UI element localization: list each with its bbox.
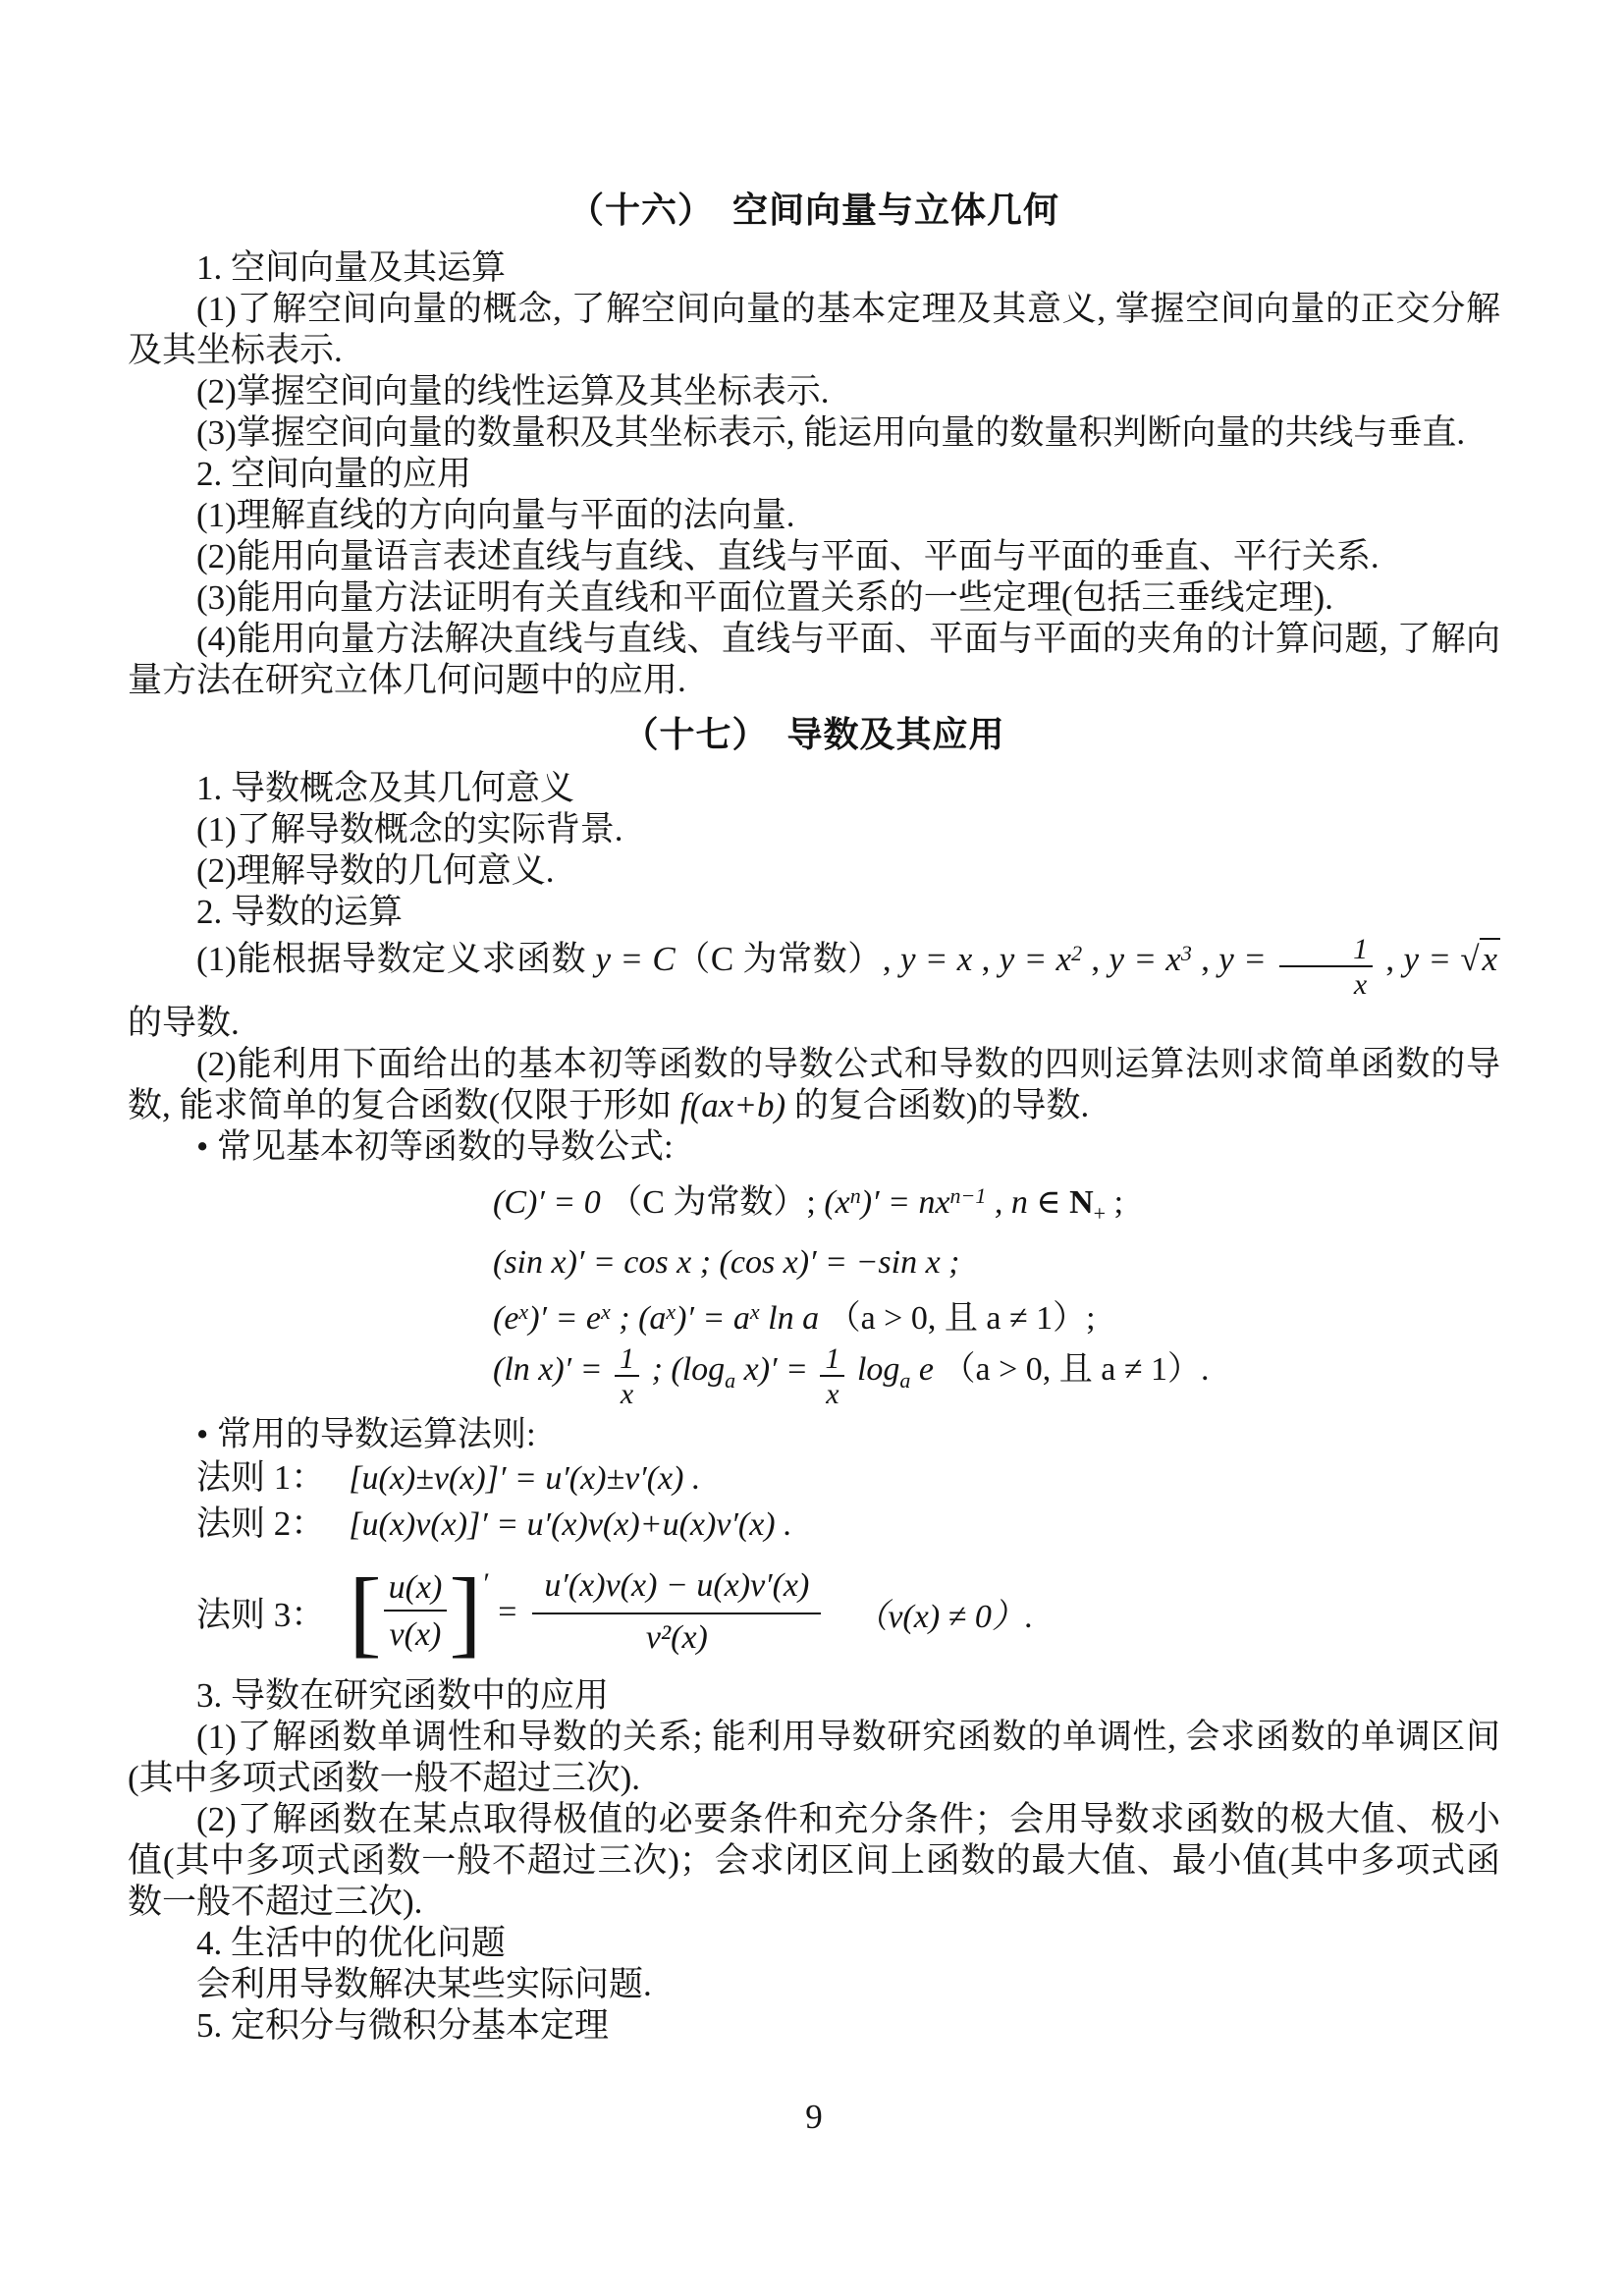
fraction: u(x) v(x): [384, 1566, 448, 1659]
s16-item-2: 2. 空间向量的应用: [128, 454, 1500, 495]
s17-point-3-2: (2)了解函数在某点取得极值的必要条件和充分条件；会用导数求函数的极大值、极小值…: [128, 1799, 1500, 1923]
subscript: +: [1094, 1201, 1106, 1226]
superscript: 2: [1071, 941, 1082, 965]
subscript: a: [899, 1368, 910, 1393]
math-segment: y = x: [1000, 940, 1071, 978]
rule-1-label: 法则 1：: [196, 1458, 325, 1497]
square-root: √x: [1460, 938, 1500, 978]
text-segment: ,: [1082, 940, 1109, 978]
prime-mark: ′: [482, 1567, 489, 1601]
text-segment: （C 为常数）,: [676, 940, 900, 978]
bullet-derivative-rules: • 常用的导数运算法则:: [128, 1414, 1500, 1455]
bullet-basic-derivative-formulas: • 常见基本初等函数的导数公式:: [128, 1126, 1500, 1168]
s17-item-5: 5. 定积分与微积分基本定理: [128, 2005, 1500, 2047]
text-segment: ;: [1106, 1184, 1123, 1221]
fraction-numerator: u(x): [384, 1566, 448, 1610]
text-segment: ,: [1192, 940, 1218, 978]
superscript: x: [601, 1299, 611, 1324]
math-segment: y =: [1404, 940, 1461, 978]
s17-point-2-1-derivative-definition: (1)能根据导数定义求函数 y = C（C 为常数）, y = x , y = …: [128, 933, 1500, 1044]
math-segment: (ln x)′ =: [493, 1351, 611, 1388]
superscript: n−1: [950, 1183, 987, 1208]
fraction-numerator: 1: [1279, 934, 1373, 965]
natural-numbers-symbol: N: [1069, 1184, 1094, 1221]
fraction-numerator: u′(x)v(x) − u(x)v′(x): [532, 1563, 821, 1614]
text-segment: （a > 0, 且 a ≠ 1）;: [828, 1300, 1096, 1337]
s17-point-4-1: 会利用导数解决某些实际问题.: [128, 1964, 1500, 2005]
s17-point-3-1: (1)了解函数单调性和导数的关系; 能利用导数研究函数的单调性, 会求函数的单调…: [128, 1717, 1500, 1799]
s17-item-3: 3. 导数在研究函数中的应用: [128, 1675, 1500, 1717]
fraction: 1x: [1279, 934, 1373, 1003]
math-segment: log: [848, 1351, 899, 1388]
left-bracket: [: [349, 1563, 381, 1662]
rule-2-formula: [u(x)v(x)]′ = u′(x)v(x)+u(x)v′(x) .: [349, 1506, 791, 1543]
derivative-formula-block: (C)′ = 0 （C 为常数）; (xn)′ = nxn−1 , n ∈ N+…: [128, 1172, 1500, 1412]
formula-sin-cos: (sin x)′ = cos x ; (cos x)′ = −sin x ;: [493, 1238, 1500, 1287]
s16-point-2-2: (2)能用向量语言表述直线与直线、直线与平面、平面与平面的垂直、平行关系.: [128, 536, 1500, 577]
s17-point-1-1: (1)了解导数概念的实际背景.: [128, 809, 1500, 850]
s17-point-2-2-composite-functions: (2)能利用下面给出的基本初等函数的导数公式和导数的四则运算法则求简单函数的导数…: [128, 1044, 1500, 1126]
s17-point-1-2: (2)理解导数的几何意义.: [128, 850, 1500, 892]
math-segment: f(ax+b): [680, 1086, 785, 1124]
formula-exponential: (ex)′ = ex ; (ax)′ = ax ln a （a > 0, 且 a…: [493, 1287, 1500, 1343]
page-number: 9: [128, 2098, 1500, 2137]
math-segment: e: [910, 1351, 942, 1388]
rule-1-sum-difference: 法则 1：[u(x)±v(x)]′ = u′(x)±v′(x) .: [128, 1455, 1500, 1502]
text-segment: ,: [1377, 940, 1403, 978]
s16-point-1-1: (1)了解空间向量的概念, 了解空间向量的基本定理及其意义, 掌握空间向量的正交…: [128, 289, 1500, 371]
fraction-denominator: v²(x): [532, 1614, 821, 1662]
rule-2-label: 法则 2：: [196, 1504, 325, 1543]
right-bracket: ]: [449, 1563, 481, 1662]
text-segment: 的复合函数)的导数.: [785, 1086, 1089, 1124]
document-page: （十六） 空间向量与立体几何 1. 空间向量及其运算 (1)了解空间向量的概念,…: [0, 0, 1623, 2296]
radical-sign: √: [1460, 940, 1479, 978]
math-segment: y = x: [900, 940, 972, 978]
s17-item-1: 1. 导数概念及其几何意义: [128, 768, 1500, 809]
math-segment: )′ = a: [676, 1300, 750, 1337]
math-segment: y = x: [1109, 940, 1181, 978]
s16-point-2-4: (4)能用向量方法解决直线与直线、直线与平面、平面与平面的夹角的计算问题, 了解…: [128, 619, 1500, 701]
math-segment: y = C: [596, 940, 676, 978]
quotient-rule-fraction: u′(x)v(x) − u(x)v′(x) v²(x): [532, 1563, 821, 1662]
math-segment: )′ = nx: [861, 1184, 950, 1221]
superscript: x: [518, 1299, 528, 1324]
fraction: 1x: [820, 1343, 844, 1412]
fraction-denominator: x: [615, 1375, 639, 1412]
math-segment: (C)′ = 0: [493, 1184, 601, 1221]
math-segment: (x: [824, 1184, 849, 1221]
rule-1-formula: [u(x)±v(x)]′ = u′(x)±v′(x) .: [349, 1460, 700, 1497]
text-segment: ,: [972, 940, 999, 978]
s17-item-2: 2. 导数的运算: [128, 892, 1500, 933]
s16-point-2-1: (1)理解直线的方向向量与平面的法向量.: [128, 495, 1500, 536]
fraction-denominator: v(x): [384, 1610, 448, 1659]
text-segment: （a > 0, 且 a ≠ 1）.: [943, 1351, 1210, 1388]
math-segment: ln a: [760, 1300, 828, 1337]
math-segment: ; (a: [611, 1300, 667, 1337]
radicand: x: [1480, 938, 1501, 978]
rule-2-product: 法则 2：[u(x)v(x)]′ = u′(x)v(x)+u(x)v′(x) .: [128, 1502, 1500, 1548]
text-segment: （C 为常数）;: [601, 1184, 825, 1221]
fraction-denominator: x: [820, 1375, 844, 1412]
equals-sign: =: [498, 1594, 516, 1631]
fraction-numerator: 1: [615, 1343, 639, 1375]
s16-point-2-3: (3)能用向量方法证明有关直线和平面位置关系的一些定理(包括三垂线定理).: [128, 577, 1500, 619]
rule-3-quotient: 法则 3： [ u(x) v(x) ] ′ = u′(x)v(x) − u(x)…: [128, 1563, 1500, 1662]
condition-text: （v(x) ≠ 0）.: [854, 1589, 1033, 1637]
fraction-numerator: 1: [820, 1343, 844, 1375]
math-segment: , n ∈: [986, 1184, 1069, 1221]
rule-3-label: 法则 3：: [196, 1588, 325, 1637]
formula-constant-power: (C)′ = 0 （C 为常数）; (xn)′ = nxn−1 , n ∈ N+…: [493, 1172, 1500, 1238]
subscript: a: [725, 1368, 735, 1393]
math-segment: y =: [1218, 940, 1275, 978]
superscript: x: [750, 1299, 760, 1324]
s16-point-1-3: (3)掌握空间向量的数量积及其坐标表示, 能运用向量的数量积判断向量的共线与垂直…: [128, 412, 1500, 454]
s17-item-4: 4. 生活中的优化问题: [128, 1923, 1500, 1964]
fraction-denominator: x: [1279, 965, 1373, 1003]
section-16-title: （十六） 空间向量与立体几何: [128, 187, 1500, 234]
text-segment: (1)能根据导数定义求函数: [196, 940, 596, 978]
math-segment: ; (log: [643, 1351, 725, 1388]
s16-item-1: 1. 空间向量及其运算: [128, 247, 1500, 289]
s16-point-1-2: (2)掌握空间向量的线性运算及其坐标表示.: [128, 371, 1500, 412]
math-segment: )′ = e: [528, 1300, 601, 1337]
text-segment: 的导数.: [128, 1004, 240, 1042]
math-segment: x)′ =: [735, 1351, 816, 1388]
superscript: n: [850, 1183, 861, 1208]
fraction: 1x: [615, 1343, 639, 1412]
section-17-title: （十七） 导数及其应用: [128, 711, 1500, 758]
superscript: x: [666, 1299, 676, 1324]
formula-logarithmic: (ln x)′ = 1x ; (loga x)′ = 1x loga e （a …: [493, 1343, 1500, 1412]
math-segment: (e: [493, 1300, 518, 1337]
superscript: 3: [1181, 941, 1192, 965]
